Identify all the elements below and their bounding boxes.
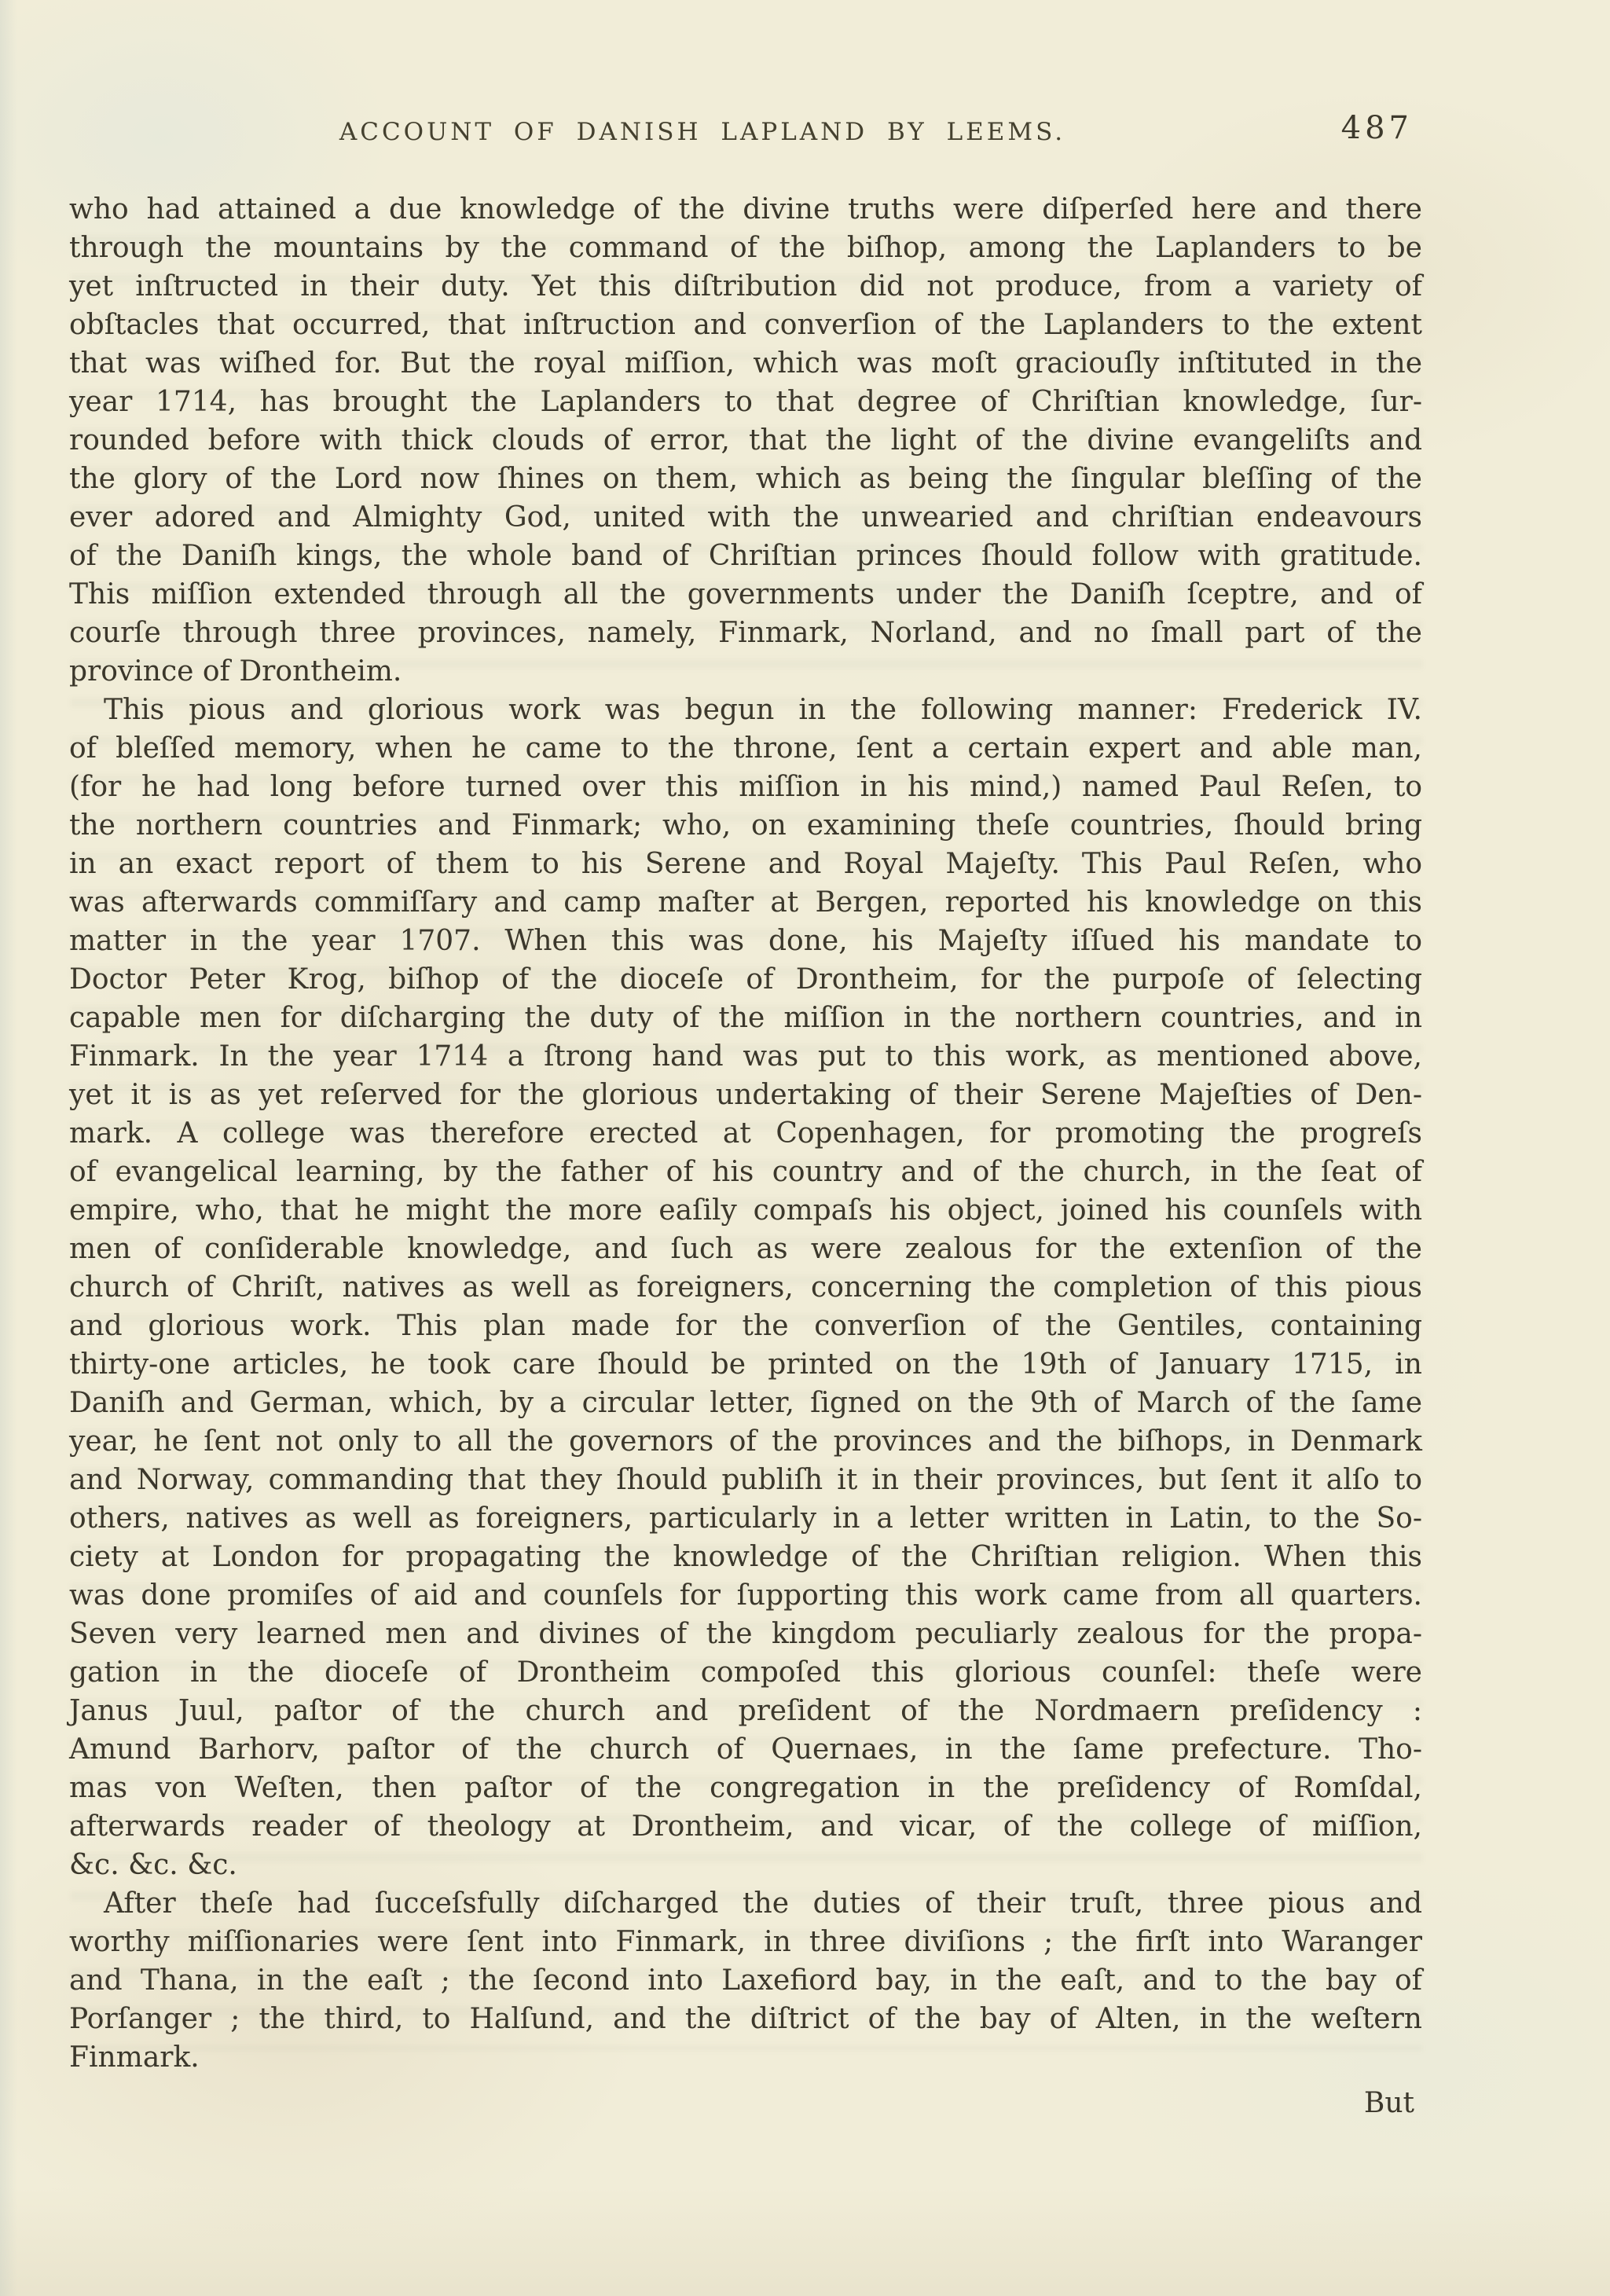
text-line: Seven very learned men and divines of th… xyxy=(69,1615,1422,1653)
body-text: who had attained a due knowledge of the … xyxy=(69,190,1422,2077)
text-line: Janus Juul, paſtor of the church and pre… xyxy=(69,1692,1422,1730)
text-line: After theſe had ſucceſsfully diſcharged … xyxy=(69,1884,1422,1923)
text-line: Daniſh and German, which, by a circular … xyxy=(69,1384,1422,1422)
text-line: men of conſiderable knowledge, and ſuch … xyxy=(69,1230,1422,1268)
text-line: matter in the year 1707. When this was d… xyxy=(69,922,1422,960)
text-line: and Thana, in the eaſt ; the ſecond into… xyxy=(69,1961,1422,2000)
book-page: ACCOUNT OF DANISH LAPLAND BY LEEMS. 487 … xyxy=(0,0,1610,2296)
text-line: of the Daniſh kings, the whole band of C… xyxy=(69,537,1422,575)
text-line: This pious and glorious work was begun i… xyxy=(69,691,1422,729)
text-line: of evangelical learning, by the father o… xyxy=(69,1153,1422,1191)
text-line: afterwards reader of theology at Dronthe… xyxy=(69,1807,1422,1846)
page-number: 487 xyxy=(1341,110,1413,146)
text-line: rounded before with thick clouds of erro… xyxy=(69,421,1422,460)
paragraph: After theſe had ſucceſsfully diſcharged … xyxy=(69,1884,1422,2077)
text-line: Doctor Peter Krog, biſhop of the dioceſe… xyxy=(69,960,1422,999)
text-line: province of Drontheim. xyxy=(69,652,1422,691)
text-line: was afterwards commiſſary and camp maſte… xyxy=(69,883,1422,922)
text-line: Finmark. In the year 1714 a ſtrong hand … xyxy=(69,1037,1422,1076)
text-line: yet it is as yet reſerved for the glorio… xyxy=(69,1076,1422,1114)
text-line: Finmark. xyxy=(69,2038,1422,2077)
text-line: Porſanger ; the third, to Halſund, and t… xyxy=(69,2000,1422,2038)
text-line: the glory of the Lord now ſhines on them… xyxy=(69,460,1422,498)
text-line: of bleſſed memory, when he came to the t… xyxy=(69,729,1422,768)
text-line: in an exact report of them to his Serene… xyxy=(69,845,1422,883)
text-line: ciety at London for propagating the know… xyxy=(69,1538,1422,1576)
text-line: was done promiſes of aid and counſels fo… xyxy=(69,1576,1422,1615)
text-line: Amund Barhorv, paſtor of the church of Q… xyxy=(69,1730,1422,1769)
text-line: empire, who, that he might the more eaſi… xyxy=(69,1191,1422,1230)
text-line: (for he had long before turned over this… xyxy=(69,768,1422,806)
running-head: ACCOUNT OF DANISH LAPLAND BY LEEMS. 487 xyxy=(69,118,1422,165)
text-line: the northern countries and Finmark; who,… xyxy=(69,806,1422,845)
text-line: yet inſtructed in their duty. Yet this d… xyxy=(69,267,1422,306)
text-line: and glorious work. This plan made for th… xyxy=(69,1307,1422,1345)
text-line: others, natives as well as foreigners, p… xyxy=(69,1499,1422,1538)
text-line: mas von Weſten, then paſtor of the congr… xyxy=(69,1769,1422,1807)
text-line: that was wiſhed for. But the royal miſſi… xyxy=(69,344,1422,383)
paragraph: who had attained a due knowledge of the … xyxy=(69,190,1422,691)
text-line: year, he ſent not only to all the govern… xyxy=(69,1422,1422,1461)
text-line: through the mountains by the command of … xyxy=(69,229,1422,267)
text-line: gation in the dioceſe of Drontheim compo… xyxy=(69,1653,1422,1692)
text-line: &c. &c. &c. xyxy=(69,1846,1422,1884)
paragraph: This pious and glorious work was begun i… xyxy=(69,691,1422,1884)
text-line: mark. A college was therefore erected at… xyxy=(69,1114,1422,1153)
text-line: year 1714, has brought the Laplanders to… xyxy=(69,383,1422,421)
text-line: capable men for diſcharging the duty of … xyxy=(69,999,1422,1037)
page-title: ACCOUNT OF DANISH LAPLAND BY LEEMS. xyxy=(69,118,1422,146)
text-line: church of Chriſt, natives as well as for… xyxy=(69,1268,1422,1307)
text-line: This miſſion extended through all the go… xyxy=(69,575,1422,614)
text-line: ever adored and Almighty God, united wit… xyxy=(69,498,1422,537)
text-line: who had attained a due knowledge of the … xyxy=(69,190,1422,229)
text-line: and Norway, commanding that they ſhould … xyxy=(69,1461,1422,1499)
catchword: But xyxy=(69,2087,1414,2119)
text-line: worthy miſſionaries were ſent into Finma… xyxy=(69,1923,1422,1961)
text-line: thirty-one articles, he took care ſhould… xyxy=(69,1345,1422,1384)
text-line: obſtacles that occurred, that inſtructio… xyxy=(69,306,1422,344)
text-line: courſe through three provinces, namely, … xyxy=(69,614,1422,652)
